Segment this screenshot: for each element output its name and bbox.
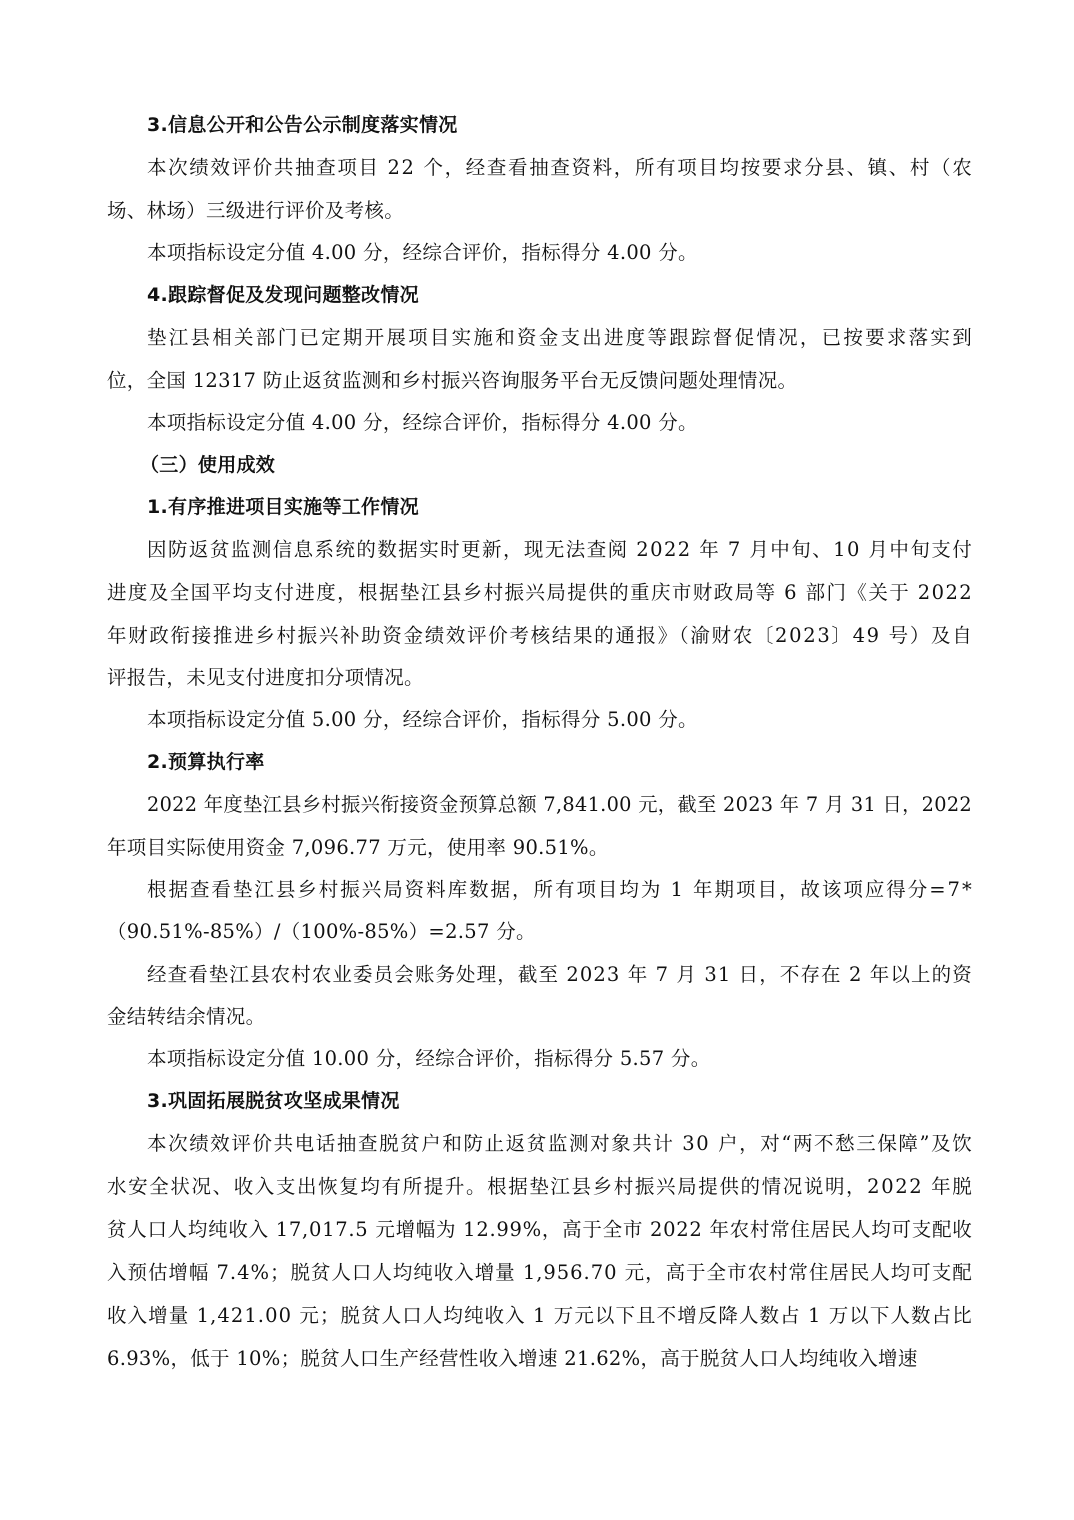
paragraph-line: 年项目实际使用资金 7,096.77 万元，使用率 90.51%。 [107,834,609,862]
paragraph-line: 位，全国 12317 防止返贫监测和乡村振兴咨询服务平台无反馈问题处理情况。 [107,367,797,395]
paragraph-line: 水安全状况、收入支出恢复均有所提升。根据垫江县乡村振兴局提供的情况说明，2022… [107,1173,973,1201]
paragraph-line: 年财政衔接推进乡村振兴补助资金绩效评价考核结果的通报》（渝财农〔2023〕49 … [107,622,973,650]
paragraph-line: 本次绩效评价共抽查项目 22 个，经查看抽查资料，所有项目均按要求分县、镇、村（… [147,154,973,182]
section-heading: 4.跟踪督促及发现问题整改情况 [147,281,419,309]
section-heading: 3.信息公开和公告公示制度落实情况 [147,111,458,139]
paragraph-line: 经查看垫江县农村农业委员会账务处理，截至 2023 年 7 月 31 日，不存在… [147,961,973,989]
paragraph-line: 评报告，未见支付进度扣分项情况。 [107,664,424,692]
paragraph-line: （90.51%-85%）/（100%-85%）=2.57 分。 [107,918,536,946]
paragraph-line: 本项指标设定分值 5.00 分，经综合评价，指标得分 5.00 分。 [147,706,698,734]
paragraph-line: 贫人口人均纯收入 17,017.5 元增幅为 12.99%，高于全市 2022 … [107,1216,972,1244]
paragraph-line: 2022 年度垫江县乡村振兴衔接资金预算总额 7,841.00 元，截至 202… [147,791,972,819]
paragraph-line: 本次绩效评价共电话抽查脱贫户和防止返贫监测对象共计 30 户，对“两不愁三保障”… [147,1130,973,1158]
paragraph-line: 垫江县相关部门已定期开展项目实施和资金支出进度等跟踪督促情况，已按要求落实到 [147,324,974,352]
section-heading: 3.巩固拓展脱贫攻坚成果情况 [147,1087,400,1115]
paragraph-line: 本项指标设定分值 4.00 分，经综合评价，指标得分 4.00 分。 [147,239,698,267]
paragraph-line: 本项指标设定分值 4.00 分，经综合评价，指标得分 4.00 分。 [147,409,698,437]
document-page: 3.信息公开和公告公示制度落实情况本次绩效评价共抽查项目 22 个，经查看抽查资… [0,0,1074,1520]
paragraph-line: 入预估增幅 7.4%；脱贫人口人均纯收入增量 1,956.70 元，高于全市农村… [107,1259,973,1287]
paragraph-line: 因防返贫监测信息系统的数据实时更新，现无法查阅 2022 年 7 月中旬、10 … [147,536,973,564]
section-heading: （三）使用成效 [140,451,275,479]
paragraph-line: 根据查看垫江县乡村振兴局资料库数据，所有项目均为 1 年期项目，故该项应得分=7… [147,876,974,904]
paragraph-line: 进度及全国平均支付进度，根据垫江县乡村振兴局提供的重庆市财政局等 6 部门《关于… [107,579,973,607]
paragraph-line: 金结转结余情况。 [107,1003,265,1031]
section-heading: 2.预算执行率 [147,748,265,776]
paragraph-line: 收入增量 1,421.00 元；脱贫人口人均纯收入 1 万元以下且不增反降人数占… [107,1302,973,1330]
section-heading: 1.有序推进项目实施等工作情况 [147,493,419,521]
paragraph-line: 6.93%，低于 10%；脱贫人口生产经营性收入增速 21.62%，高于脱贫人口… [107,1345,918,1373]
paragraph-line: 本项指标设定分值 10.00 分，经综合评价，指标得分 5.57 分。 [147,1045,711,1073]
paragraph-line: 场、林场）三级进行评价及考核。 [107,197,404,225]
